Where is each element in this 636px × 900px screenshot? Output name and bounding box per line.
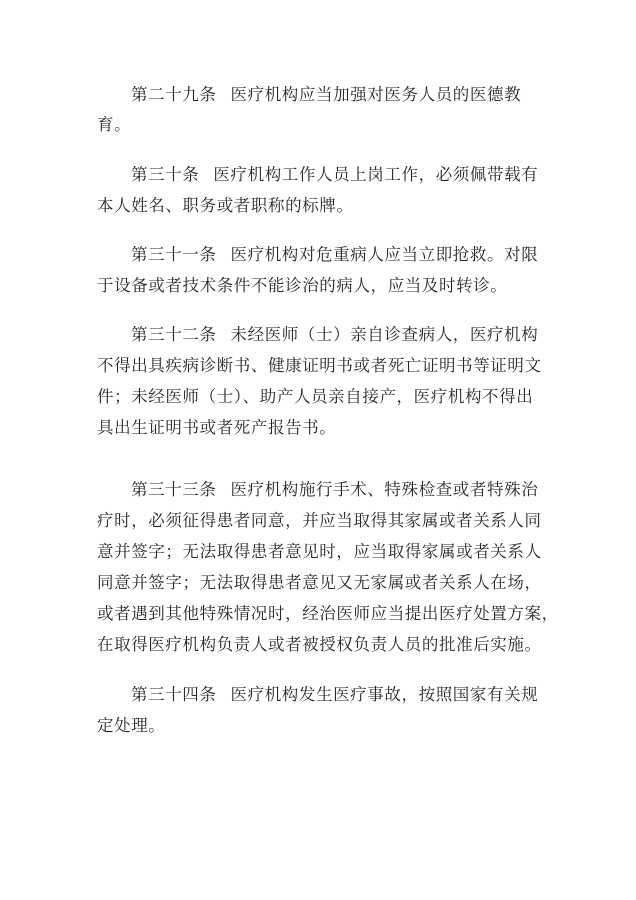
article-29-line-1: 第二十九条医疗机构应当加强对医务人员的医德教	[131, 83, 521, 107]
article-30-line-2: 本人姓名、职务或者职称的标牌。	[97, 194, 354, 218]
article-number: 第三十三条	[131, 480, 217, 499]
article-number: 第三十二条	[131, 325, 217, 344]
article-text: 医疗机构应当加强对医务人员的医德教	[231, 85, 522, 104]
article-text: 未经医师（士）亲自诊查病人，医疗机构	[231, 325, 539, 344]
article-32-line-2: 不得出具疾病诊断书、健康证明书或者死亡证明书等证明文	[97, 354, 542, 378]
article-32-line-1: 第三十二条未经医师（士）亲自诊查病人，医疗机构	[131, 323, 538, 347]
article-number: 第三十四条	[131, 685, 217, 704]
article-33-line-4: 同意并签字；无法取得患者意见又无家属或者关系人在场，	[97, 571, 542, 595]
article-number: 第三十一条	[131, 245, 217, 264]
article-33-line-2: 疗时，必须征得患者同意，并应当取得其家属或者关系人同	[97, 509, 542, 533]
article-number: 第三十条	[131, 165, 199, 184]
article-text: 医疗机构工作人员上岗工作，必须佩带载有	[213, 165, 538, 184]
article-29-line-2: 育。	[97, 113, 131, 137]
article-text: 医疗机构发生医疗事故，按照国家有关规	[231, 685, 539, 704]
article-30-line-1: 第三十条医疗机构工作人员上岗工作，必须佩带载有	[131, 163, 538, 187]
article-33-line-5: 或者遇到其他特殊情况时，经治医师应当提出医疗处置方案，	[97, 602, 559, 626]
article-text: 医疗机构对危重病人应当立即抢救。对限	[231, 245, 539, 264]
article-34-line-2: 定处理。	[97, 714, 165, 738]
article-33-line-1: 第三十三条医疗机构施行手术、特殊检查或者特殊治	[131, 478, 538, 502]
article-33-line-3: 意并签字；无法取得患者意见时，应当取得家属或者关系人	[97, 540, 542, 564]
article-text: 医疗机构施行手术、特殊检查或者特殊治	[231, 480, 539, 499]
article-31-line-2: 于设备或者技术条件不能诊治的病人，应当及时转诊。	[97, 274, 507, 298]
article-34-line-1: 第三十四条医疗机构发生医疗事故，按照国家有关规	[131, 683, 538, 707]
article-33-line-6: 在取得医疗机构负责人或者被授权负责人员的批准后实施。	[97, 633, 542, 657]
article-32-line-3: 件；未经医师（士）、助产人员亲自接产，医疗机构不得出	[97, 385, 533, 409]
article-31-line-1: 第三十一条医疗机构对危重病人应当立即抢救。对限	[131, 243, 538, 267]
article-32-line-4: 具出生证明书或者死产报告书。	[97, 416, 336, 440]
document-page: 第二十九条医疗机构应当加强对医务人员的医德教 育。 第三十条医疗机构工作人员上岗…	[0, 0, 636, 900]
article-number: 第二十九条	[131, 85, 217, 104]
